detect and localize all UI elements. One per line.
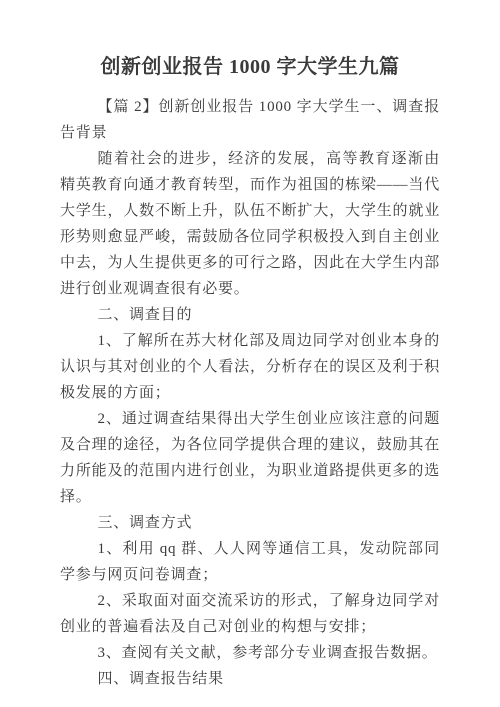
- paragraph-section-intro: 【篇 2】创新创业报告 1000 字大学生一、调查报告背景: [60, 94, 440, 146]
- paragraph-method-item-2: 2、采取面对面交流采访的形式，了解身边同学对创业的普遍看法及自己对创业的构想与安…: [60, 588, 440, 640]
- document-page: 创新创业报告 1000 字大学生九篇 【篇 2】创新创业报告 1000 字大学生…: [0, 0, 500, 707]
- paragraph-method-item-3: 3、查阅有关文献，参考部分专业调查报告数据。: [60, 640, 440, 666]
- paragraph-method-item-1: 1、利用 qq 群、人人网等通信工具，发动院部同学参与网页问卷调查；: [60, 536, 440, 588]
- section-heading-survey-results: 四、调查报告结果: [60, 666, 440, 692]
- paragraph-purpose-item-1: 1、了解所在苏大材化部及周边同学对创业本身的认识与其对创业的个人看法，分析存在的…: [60, 328, 440, 406]
- paragraph-purpose-item-2: 2、通过调查结果得出大学生创业应该注意的问题及合理的途径，为各位同学提供合理的建…: [60, 406, 440, 510]
- paragraph-background: 随着社会的进步，经济的发展，高等教育逐渐由精英教育向通才教育转型，而作为祖国的栋…: [60, 146, 440, 302]
- document-title: 创新创业报告 1000 字大学生九篇: [60, 52, 440, 82]
- section-heading-survey-purpose: 二、调查目的: [60, 302, 440, 328]
- section-heading-survey-method: 三、调查方式: [60, 510, 440, 536]
